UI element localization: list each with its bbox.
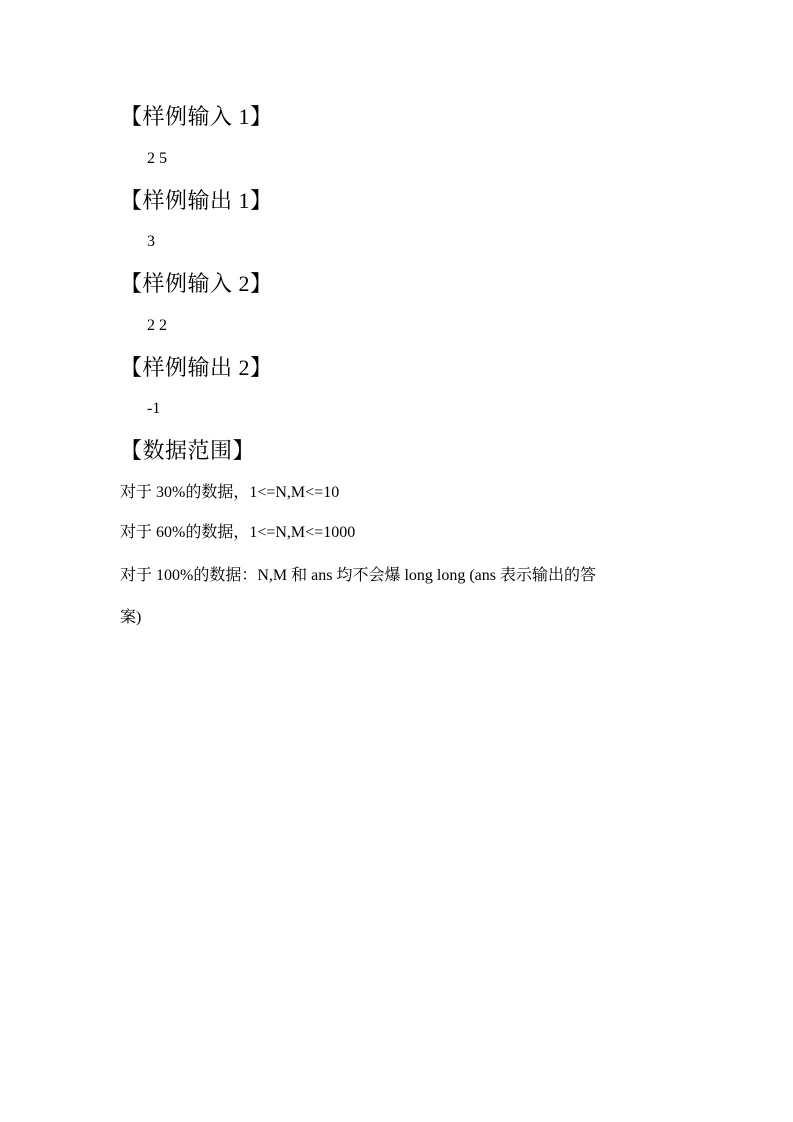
- sample-input-1-heading: 【样例输入 1】: [120, 104, 273, 130]
- data-range-line-30: 对于 30%的数据，1<=N,M<=10: [120, 483, 339, 503]
- sample-output-2-heading: 【样例输出 2】: [120, 355, 273, 381]
- sample-input-2-value: 2 2: [147, 316, 167, 336]
- data-range-line-60: 对于 60%的数据，1<=N,M<=1000: [120, 523, 355, 543]
- sample-input-1-value: 2 5: [147, 149, 167, 169]
- sample-input-2-heading: 【样例输入 2】: [120, 271, 273, 297]
- sample-output-1-heading: 【样例输出 1】: [120, 188, 273, 214]
- data-range-line-100: 对于 100%的数据：N,M 和 ans 均不会爆 long long (ans…: [120, 566, 596, 586]
- document-page: 【样例输入 1】 2 5 【样例输出 1】 3 【样例输入 2】 2 2 【样例…: [0, 0, 793, 1122]
- data-range-line-100-cont: 案): [120, 608, 141, 628]
- sample-output-2-value: -1: [147, 399, 160, 419]
- data-range-heading: 【数据范围】: [120, 438, 255, 464]
- sample-output-1-value: 3: [147, 232, 155, 252]
